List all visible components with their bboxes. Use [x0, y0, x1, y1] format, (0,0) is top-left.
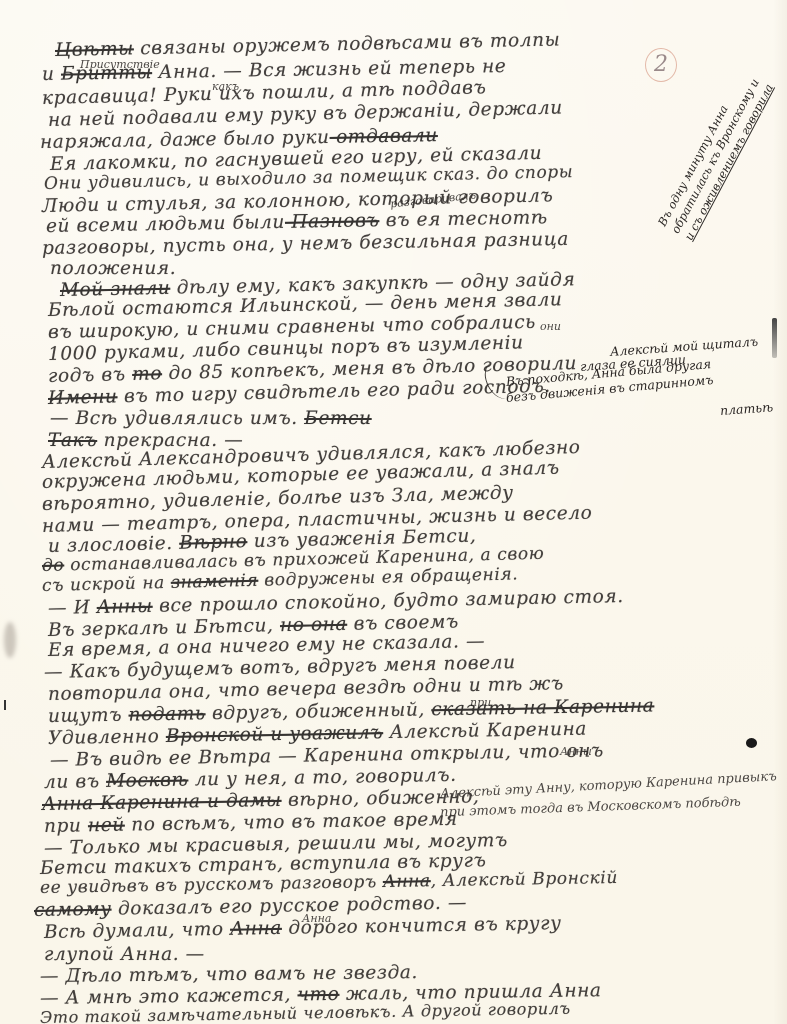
- insertion-text: они: [540, 320, 561, 333]
- manuscript-body: Цвѣты связаны оружемъ подвѣсами въ толпы…: [0, 0, 787, 1024]
- body-line: — Всѣ удивлялись имъ. Бетси: [50, 408, 372, 429]
- body-line: положения.: [50, 258, 176, 279]
- manuscript-page: 2 Въ одну минуту Анна обратилась къ Врон…: [0, 0, 787, 1024]
- body-line: глупой Анна. —: [44, 944, 205, 965]
